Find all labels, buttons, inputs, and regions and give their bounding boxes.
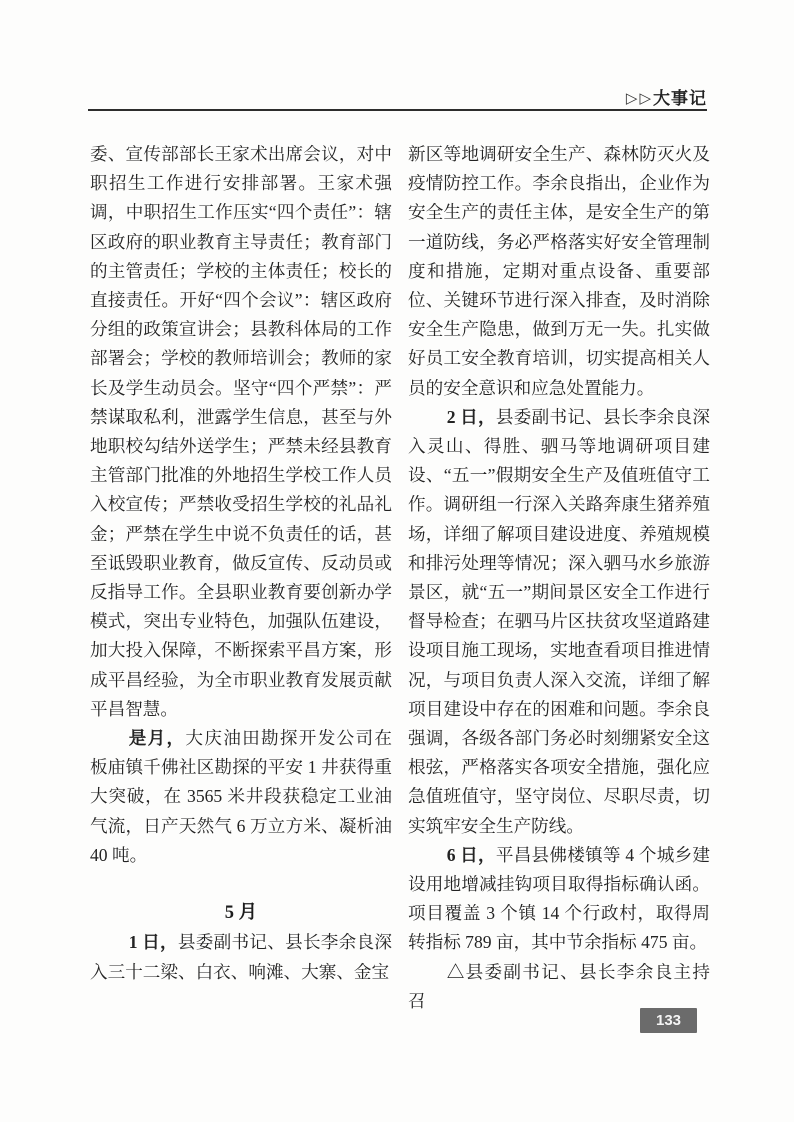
paragraph-lead: 是月， xyxy=(129,728,186,748)
paragraph-lead: 6 日， xyxy=(447,845,496,865)
paragraph-may-6: 6 日，平昌县佛楼镇等 4 个城乡建设用地增减挂钩项目取得指标确认函。项目覆盖 … xyxy=(408,841,710,958)
paragraph-shiyue: 是月，大庆油田勘探开发公司在板庙镇千佛社区勘探的平安 1 井获得重大突破，在 3… xyxy=(90,724,392,870)
paragraph-lead: 1 日， xyxy=(129,932,178,952)
left-column: 委、宣传部部长王家术出席会议，对中职招生工作进行安排部署。王家术强调，中职招生工… xyxy=(90,140,392,1016)
paragraph-text: 新区等地调研安全生产、森林防灭火及疫情防控工作。李余良指出，企业作为安全生产的责… xyxy=(408,144,710,398)
paragraph-text: 县委副书记、县长李余良深入灵山、得胜、驷马等地调研项目建设、“五一”假期安全生产… xyxy=(408,407,710,836)
paragraph-text: △县委副书记、县长李余良主持召 xyxy=(408,962,710,1011)
paragraph-lead: 2 日， xyxy=(447,407,496,427)
page-header: ▷▷大事记 xyxy=(88,84,707,109)
header-arrows-icon: ▷▷ xyxy=(626,90,653,107)
paragraph-continuation: 新区等地调研安全生产、森林防灭火及疫情防控工作。李余良指出，企业作为安全生产的责… xyxy=(408,140,710,403)
document-page: ▷▷大事记 委、宣传部部长王家术出席会议，对中职招生工作进行安排部署。王家术强调… xyxy=(0,0,794,1122)
paragraph-may-2: 2 日，县委副书记、县长李余良深入灵山、得胜、驷马等地调研项目建设、“五一”假期… xyxy=(408,403,710,841)
paragraph-text: 委、宣传部部长王家术出席会议，对中职招生工作进行安排部署。王家术强调，中职招生工… xyxy=(90,144,392,719)
header-rule xyxy=(88,109,707,111)
month-heading: 5 月 xyxy=(90,899,392,928)
page-number: 133 xyxy=(640,1008,697,1033)
paragraph-may-1: 1 日，县委副书记、县长李余良深入三十二梁、白衣、响滩、大寨、金宝 xyxy=(90,928,392,986)
right-column: 新区等地调研安全生产、森林防灭火及疫情防控工作。李余良指出，企业作为安全生产的责… xyxy=(408,140,710,1016)
paragraph-continuation: 委、宣传部部长王家术出席会议，对中职招生工作进行安排部署。王家术强调，中职招生工… xyxy=(90,140,392,724)
paragraph-text: 大庆油田勘探开发公司在板庙镇千佛社区勘探的平安 1 井获得重大突破，在 3565… xyxy=(90,728,392,865)
header-title: 大事记 xyxy=(653,89,707,108)
content-columns: 委、宣传部部长王家术出席会议，对中职招生工作进行安排部署。王家术强调，中职招生工… xyxy=(90,140,710,1016)
